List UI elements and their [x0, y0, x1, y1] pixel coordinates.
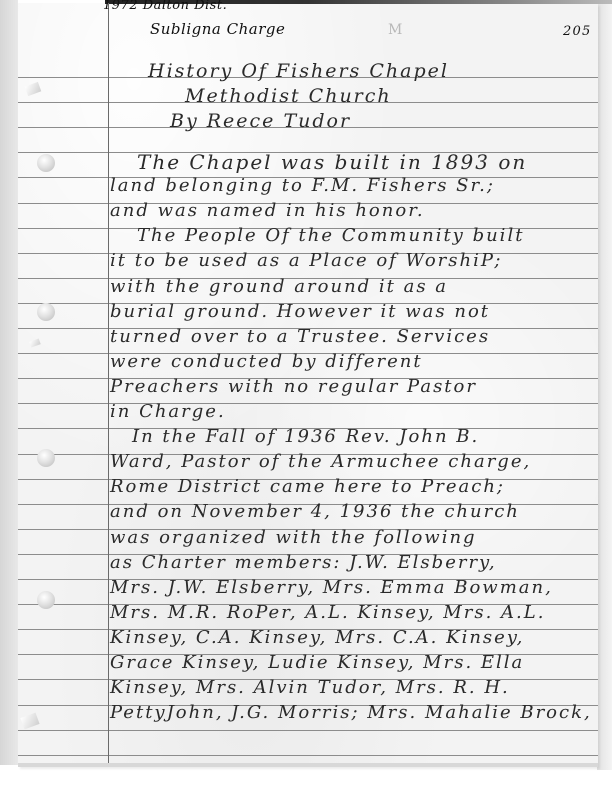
body-line: and on November 4, 1936 the church: [110, 501, 520, 522]
body-line: PettyJohn, J.G. Morris; Mrs. Mahalie Bro…: [110, 702, 592, 723]
body-line: In the Fall of 1936 Rev. John B.: [132, 426, 479, 447]
body-line: with the ground around it as a: [110, 276, 448, 297]
punch-hole: [37, 154, 55, 172]
document-author: By Reece Tudor: [170, 110, 351, 132]
body-line: as Charter members: J.W. Elsberry,: [110, 552, 497, 573]
body-line: Kinsey, C.A. Kinsey, Mrs. C.A. Kinsey,: [110, 627, 524, 648]
document-title: History Of Fishers Chapel: [148, 60, 449, 82]
ruled-line: [18, 403, 598, 404]
scan-right-shadow: [597, 0, 612, 770]
page-bottom-edge: [18, 763, 598, 767]
body-line: was organized with the following: [110, 527, 477, 548]
margin-line: [108, 3, 109, 763]
body-line: Preachers with no regular Pastor: [110, 376, 477, 397]
body-line: Mrs. M.R. RoPer, A.L. Kinsey, Mrs. A.L.: [110, 602, 545, 623]
scan-left-shadow: [0, 0, 18, 765]
body-line: Kinsey, Mrs. Alvin Tudor, Mrs. R. H.: [110, 677, 510, 698]
body-line: turned over to a Trustee. Services: [110, 326, 490, 347]
faint-mark: M: [388, 22, 404, 38]
page-number: 205: [563, 24, 591, 39]
body-line: Rome District came here to Preach;: [110, 476, 505, 497]
top-note: 1972 Dalton Dist.: [103, 0, 227, 13]
document-subtitle: Methodist Church: [185, 85, 392, 107]
body-line: The Chapel was built in 1893 on: [137, 150, 527, 174]
body-line: land belonging to F.M. Fishers Sr.;: [110, 175, 495, 196]
body-line: were conducted by different: [110, 351, 423, 372]
charge-note: Subligna Charge: [150, 20, 285, 38]
body-line: it to be used as a Place of WorshiP;: [110, 250, 502, 271]
punch-hole: [37, 591, 55, 609]
body-line: and was named in his honor.: [110, 200, 425, 221]
body-line: Grace Kinsey, Ludie Kinsey, Mrs. Ella: [110, 652, 524, 673]
body-line: in Charge.: [110, 401, 226, 422]
ruled-line: [18, 755, 598, 756]
body-line: The People Of the Community built: [137, 225, 524, 246]
body-line: burial ground. However it was not: [110, 301, 490, 322]
body-line: Ward, Pastor of the Armuchee charge,: [110, 451, 531, 472]
ruled-line: [18, 730, 598, 731]
body-line: Mrs. J.W. Elsberry, Mrs. Emma Bowman,: [110, 577, 553, 598]
punch-hole: [37, 303, 55, 321]
punch-hole: [37, 449, 55, 467]
